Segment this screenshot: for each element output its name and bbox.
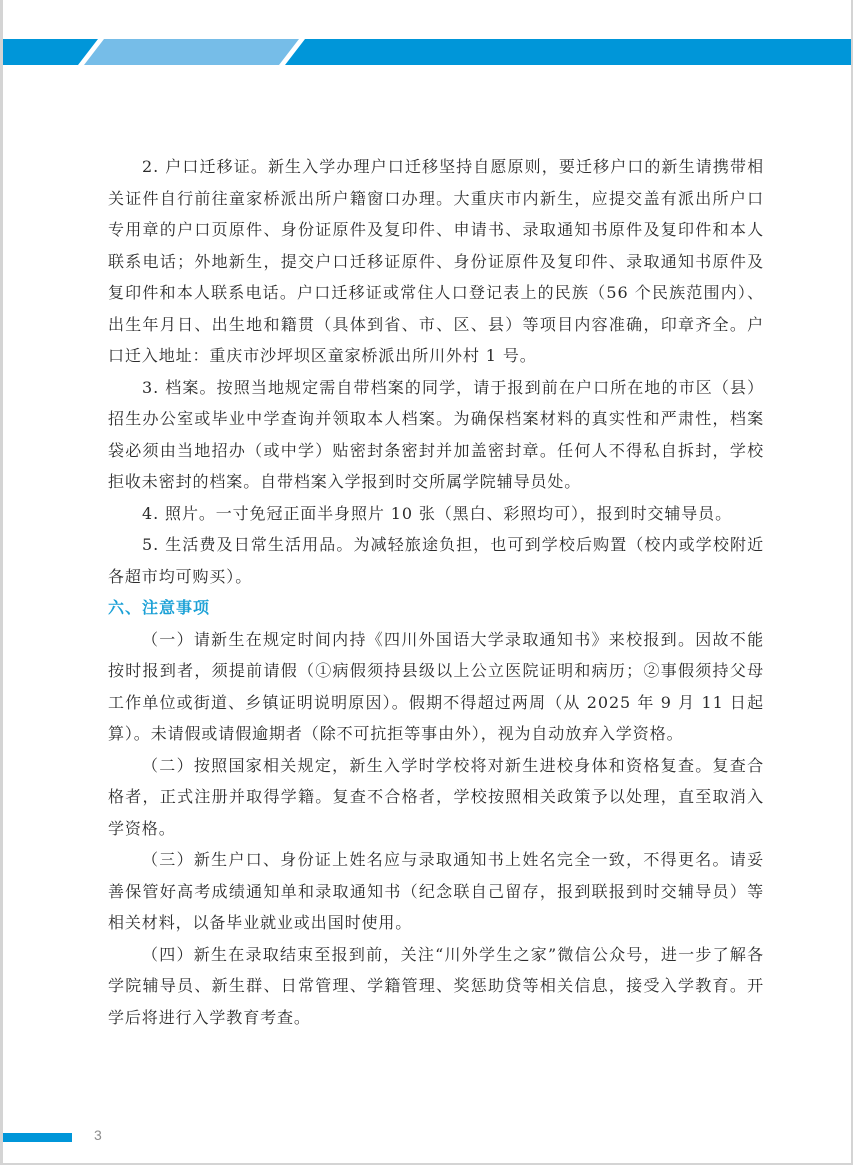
- paragraph-archives: 3. 档案。按照当地规定需自带档案的同学，请于报到前在户口所在地的市区（县）招生…: [108, 372, 764, 498]
- paragraph-note-2: （二）按照国家相关规定，新生入学时学校将对新生进校身体和资格复查。复查合格者，正…: [108, 750, 764, 845]
- paragraph-note-4: （四）新生在录取结束至报到前，关注“川外学生之家”微信公众号，进一步了解各学院辅…: [108, 939, 764, 1034]
- section-heading-notes: 六、注意事项: [108, 592, 764, 624]
- paragraph-note-1: （一）请新生在规定时间内持《四川外国语大学录取通知书》来校报到。因故不能按时报到…: [108, 624, 764, 750]
- paragraph-living-supplies: 5. 生活费及日常生活用品。为减轻旅途负担，也可到学校后购置（校内或学校附近各超…: [108, 529, 764, 592]
- document-body: 2. 户口迁移证。新生入学办理户口迁移坚持自愿原则，要迁移户口的新生请携带相关证…: [108, 151, 764, 1033]
- page-edge: [0, 0, 3, 1165]
- header-banner: [3, 39, 851, 65]
- paragraph-note-3: （三）新生户口、身份证上姓名应与录取通知书上姓名完全一致，不得更名。请妥善保管好…: [108, 844, 764, 939]
- paragraph-household-transfer: 2. 户口迁移证。新生入学办理户口迁移坚持自愿原则，要迁移户口的新生请携带相关证…: [108, 151, 764, 372]
- paragraph-photos: 4. 照片。一寸免冠正面半身照片 10 张（黑白、彩照均可），报到时交辅导员。: [108, 498, 764, 530]
- page-number: 3: [94, 1127, 102, 1143]
- footer-accent-bar: [3, 1133, 72, 1142]
